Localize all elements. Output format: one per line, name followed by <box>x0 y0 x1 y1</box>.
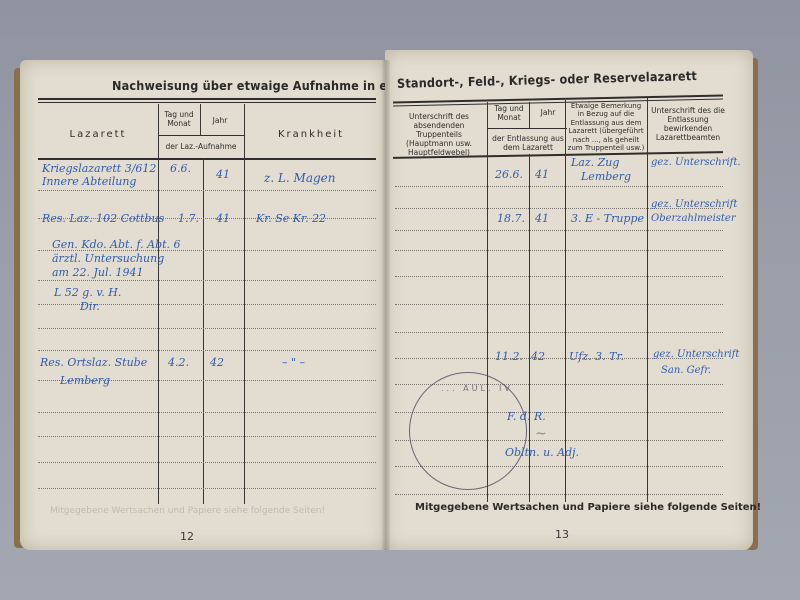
r-entry-2-tag: 18.7. <box>497 212 525 225</box>
col-header-lazarett: Lazarett <box>48 130 148 139</box>
r-entry-1-jahr: 41 <box>535 168 549 181</box>
entry-1-lazarett: Kriegslazarett 3/612 <box>42 162 156 175</box>
certification-rank: Obltn. u. Adj. <box>505 446 579 459</box>
row-line <box>38 488 376 489</box>
page-12: Nachweisung über etwaige Aufnahme in ein… <box>20 60 385 550</box>
col-divider <box>565 100 566 502</box>
col-divider <box>529 102 530 128</box>
col-header-tag-monat: Tag und Monat <box>160 110 198 128</box>
r-entry-2-bemerkung: 3. E - Truppe <box>571 212 644 225</box>
page-13: Standort-, Feld-, Kriegs- oder Reservela… <box>385 50 753 550</box>
page-number-left: 12 <box>180 530 194 543</box>
entry-3-note-2: ärztl. Untersuchung <box>52 252 164 265</box>
entry-4-jahr: 42 <box>210 356 224 369</box>
page-number-right: 13 <box>555 528 569 541</box>
row-line <box>38 350 376 351</box>
header-rule-top-thin <box>38 102 376 103</box>
entry-3-note-5: Dir. <box>80 300 100 313</box>
col-header-tag-monat: Tag und Monat <box>489 104 529 122</box>
entry-4-krankheit: – " – <box>282 356 305 369</box>
col-header-unterschrift-truppenteil: Unterschrift des absendenden Truppenteil… <box>393 112 485 157</box>
subheader-rule <box>158 135 244 136</box>
col-divider <box>203 158 204 504</box>
row-line <box>395 230 723 231</box>
entry-1-lazarett-2: Innere Abteilung <box>42 175 136 188</box>
r-entry-3-jahr: 42 <box>531 350 545 363</box>
r-entry-1-tag: 26.6. <box>495 168 523 181</box>
bleed-through-text: Mitgegebene Wertsachen und Papiere siehe… <box>50 506 325 516</box>
entry-2-krankheit: Kr. Se Kr. 22 <box>256 212 326 225</box>
r-entry-3-unterschrift: gez. Unterschrift <box>653 348 739 361</box>
certification-fdr: F. d. R. <box>507 410 546 423</box>
footer-note: Mitgegebene Wertsachen und Papiere siehe… <box>415 502 761 513</box>
entry-3-note-4: L 52 g. v. H. <box>54 286 121 299</box>
col-header-unterschrift-beamten: Unterschrift des die Entlassung bewirken… <box>647 106 729 142</box>
r-entry-1-unterschrift: gez. Unterschrift. <box>651 156 741 169</box>
header-rule-top <box>38 98 376 100</box>
col-header-entlassung: der Entlassung aus dem Lazarett <box>489 134 567 152</box>
col-header-jahr: Jahr <box>200 116 240 125</box>
signature: ~ <box>535 426 547 442</box>
r-entry-3-tag: 11.2. <box>495 350 523 363</box>
col-divider <box>647 98 648 502</box>
r-entry-2-jahr: 41 <box>535 212 549 225</box>
row-line <box>38 280 376 281</box>
r-entry-2-unterschrift-2: Oberzahlmeister <box>651 212 736 225</box>
row-line <box>395 304 723 305</box>
row-line <box>395 186 723 187</box>
col-header-bemerkung: Etwaige Bemerkung in Bezug auf die Entla… <box>567 102 645 152</box>
entry-4-lazarett: Res. Ortslaz. Stube <box>40 356 147 369</box>
r-entry-1-bemerkung: Laz. Zug <box>571 156 619 169</box>
row-line <box>38 462 376 463</box>
entry-3-note-1: Gen. Kdo. Abt. f. Abt. 6 <box>52 238 181 251</box>
r-entry-1-bemerkung-2: Lemberg <box>581 170 631 183</box>
entry-1-jahr: 41 <box>216 168 230 181</box>
entry-2-lazarett: Res. Laz. 102 Cottbus <box>42 212 164 225</box>
row-line <box>395 332 723 333</box>
stamp-text: ... AUL. IV <box>441 384 513 393</box>
col-header-aufnahme: der Laz.-Aufnahme <box>160 142 242 151</box>
col-divider <box>200 104 201 136</box>
open-soldbuch: Nachweisung über etwaige Aufnahme in ein… <box>20 50 780 555</box>
col-header-krankheit: Krankheit <box>256 130 366 139</box>
row-line <box>395 250 723 251</box>
entry-1-tag: 6.6. <box>170 162 191 175</box>
left-page-title: Nachweisung über etwaige Aufnahme in ein <box>112 78 400 93</box>
row-line <box>38 328 376 329</box>
row-line <box>38 190 376 191</box>
entry-2-tag: 1.7. <box>178 212 199 225</box>
row-line <box>38 436 376 437</box>
right-page-title: Standort-, Feld-, Kriegs- oder Reservela… <box>397 68 697 91</box>
entry-3-note-3: am 22. Jul. 1941 <box>52 266 143 279</box>
book-spine-gutter <box>382 60 390 550</box>
row-line <box>395 494 723 495</box>
entry-2-jahr: 41 <box>216 212 230 225</box>
header-rule-bottom <box>38 158 376 160</box>
row-line <box>38 412 376 413</box>
r-entry-3-unterschrift-2: San. Gefr. <box>661 364 711 377</box>
subheader-rule <box>487 128 567 129</box>
entry-4-tag: 4.2. <box>168 356 189 369</box>
entry-1-krankheit: z. L. Magen <box>264 172 336 185</box>
col-header-jahr: Jahr <box>531 108 565 117</box>
r-entry-2-unterschrift: gez. Unterschrift <box>651 198 737 211</box>
entry-4-lazarett-2: Lemberg <box>60 374 110 387</box>
row-line <box>395 276 723 277</box>
r-entry-3-bemerkung: Ufz. 3. Tr. <box>569 350 624 363</box>
